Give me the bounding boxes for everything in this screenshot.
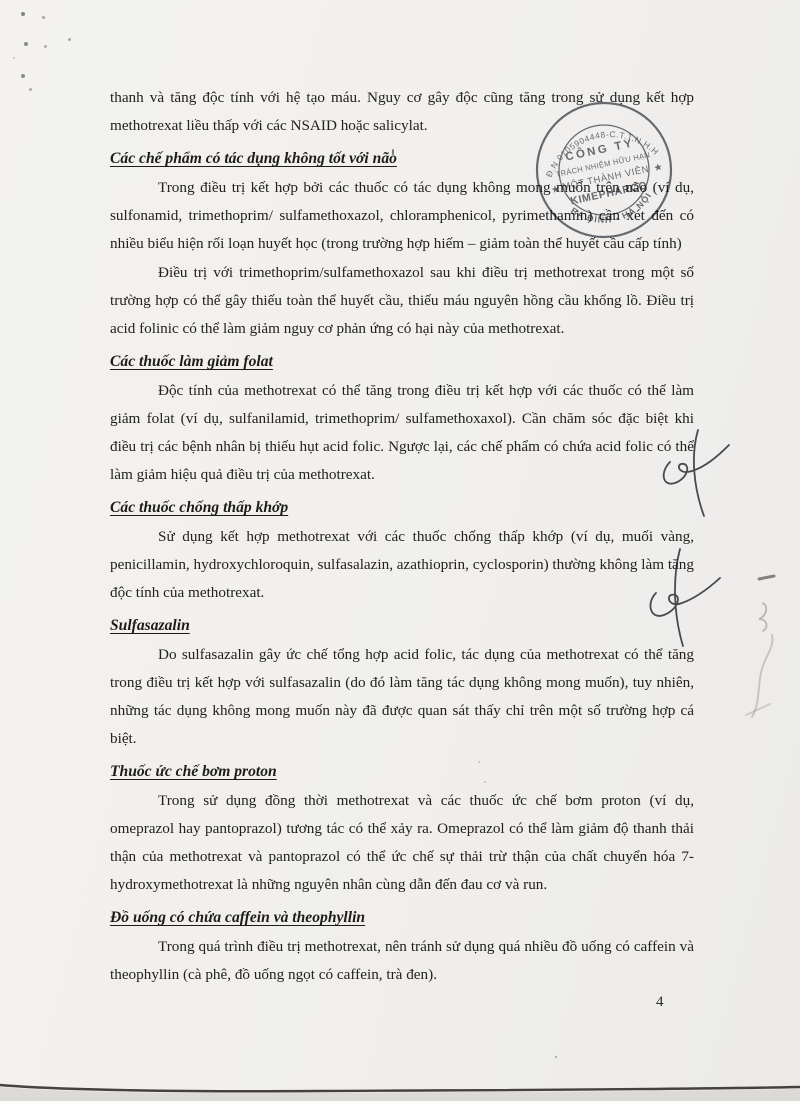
paragraph: Do sulfasazalin gây ức chế tổng hợp acid… [110, 641, 694, 753]
section-heading-text: Các chế phẩm có tác dụng không tốt với n… [110, 150, 397, 167]
scan-page-bottom-edge [0, 1071, 800, 1101]
section-heading-antirheumatic-drugs: Các thuốc chống thấp khớp [110, 494, 694, 522]
paragraph: Sử dụng kết hợp methotrexat với các thuố… [110, 523, 694, 607]
company-seal-stamp: Đ.N 0105904448-C.T.T.N.H.H BA ĐÌNH - HÀ … [503, 69, 705, 271]
paragraph: Trong sử dụng đồng thời methotrexat và c… [110, 787, 694, 899]
stamp-star-right-icon: ★ [653, 162, 664, 175]
paragraph: Độc tính của methotrexat có thể tăng tro… [110, 377, 694, 489]
section-heading-text: Các thuốc chống thấp khớp [110, 499, 288, 516]
section-heading-proton-pump-inhibitors: Thuốc ức chế bơm proton [110, 758, 694, 786]
page-number: 4 [656, 994, 664, 1011]
section-heading-folate-reducers: Các thuốc làm giảm folat [110, 348, 694, 376]
section-heading-text: Đồ uống có chứa caffein và theophyllin [110, 909, 365, 926]
handwritten-initials-upper [650, 424, 742, 522]
paragraph: Điều trị với trimethoprim/sulfamethoxazo… [110, 259, 694, 343]
stamp-star-left-icon: ★ [550, 184, 561, 197]
scanned-document-page: thanh và tăng độc tính với hệ tạo máu. N… [0, 0, 800, 1101]
section-heading-sulfasalazine: Sulfasazalin [110, 612, 694, 640]
section-heading-caffeine-theophylline-drinks: Đồ uống có chứa caffein và theophyllin [110, 904, 694, 932]
handwritten-initials-lower [643, 544, 735, 652]
section-heading-text: Sulfasazalin [110, 617, 190, 634]
paragraph: Trong quá trình điều trị methotrexat, nê… [110, 933, 694, 989]
section-heading-text: Thuốc ức chế bơm proton [110, 763, 277, 780]
section-heading-text: Các thuốc làm giảm folat [110, 353, 273, 370]
page-edge-ink-marks [738, 565, 796, 725]
